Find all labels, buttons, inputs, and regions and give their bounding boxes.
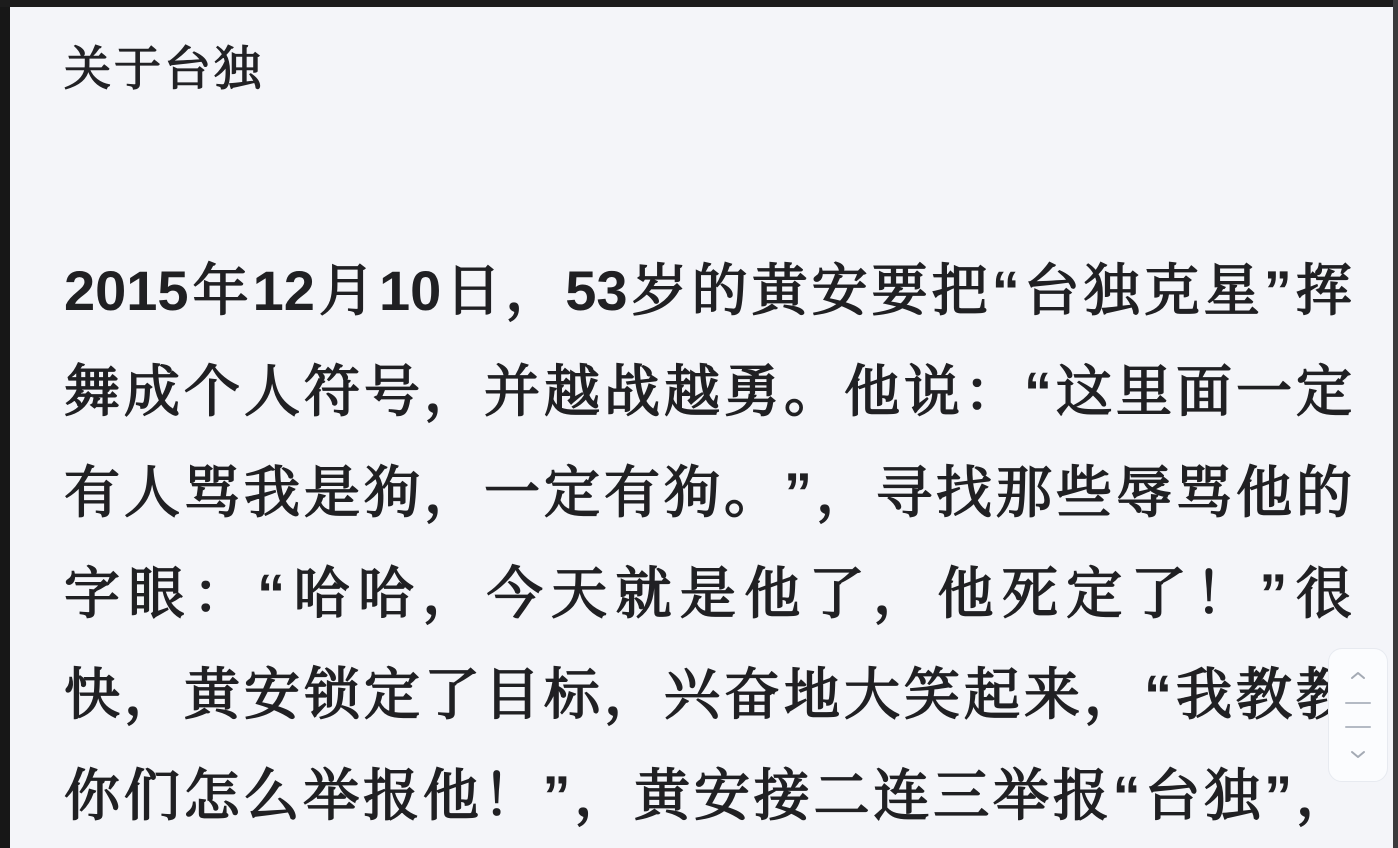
page-title: 关于台独 <box>64 40 1352 98</box>
photo-edge-left <box>0 0 10 848</box>
text-line: 你们怎么举报他！”，黄安接二连三举报“台独”， <box>64 745 1352 846</box>
article-content: 关于台独 2015年12月10日，53岁的黄安要把“台独克星”挥 舞成个人符号，… <box>64 40 1352 846</box>
scroll-widget <box>1328 648 1388 782</box>
text-line: 有人骂我是狗，一定有狗。”，寻找那些辱骂他的 <box>64 442 1352 543</box>
text-line: 2015年12月10日，53岁的黄安要把“台独克星”挥 <box>64 240 1352 341</box>
text-line: 字眼：“哈哈，今天就是他了，他死定了！”很 <box>64 543 1352 644</box>
chevron-up-icon[interactable] <box>1350 671 1366 680</box>
photo-edge-top <box>0 0 1398 7</box>
scroll-handle-line[interactable] <box>1345 726 1371 728</box>
scroll-handle-line[interactable] <box>1345 702 1371 704</box>
photo-edge-right <box>1393 0 1398 848</box>
text-line: 舞成个人符号，并越战越勇。他说：“这里面一定 <box>64 341 1352 442</box>
text-line: 快，黄安锁定了目标，兴奋地大笑起来，“我教教 <box>64 644 1352 745</box>
paragraph: 2015年12月10日，53岁的黄安要把“台独克星”挥 舞成个人符号，并越战越勇… <box>64 240 1352 846</box>
chevron-down-icon[interactable] <box>1350 750 1366 759</box>
